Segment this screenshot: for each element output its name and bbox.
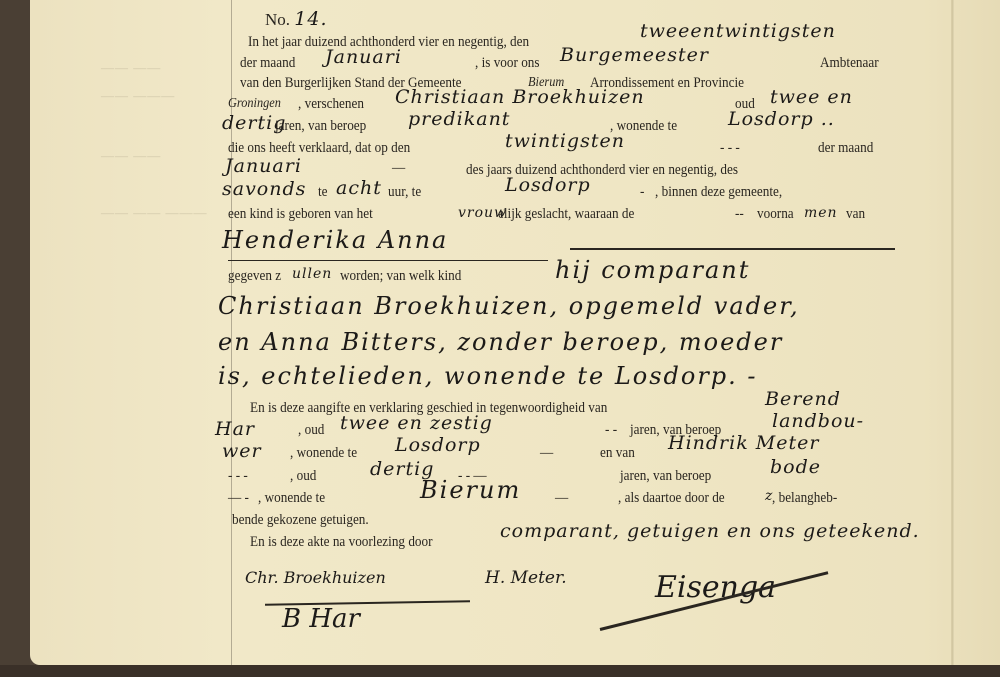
printed-kind-geboren: een kind is geboren van het xyxy=(228,206,373,223)
hw-birth-place: Losdorp xyxy=(505,174,591,196)
printed-uur-te: uur, te xyxy=(388,184,421,201)
printed-der-maand: der maand xyxy=(240,55,295,72)
printed-der-maand-2: der maand xyxy=(818,140,873,157)
bleed-through-text: —— —— xyxy=(100,148,160,164)
hw-witness2-prefix-fill: - - - xyxy=(228,468,248,485)
bleed-through-text: ——— —— —— xyxy=(100,205,207,221)
hw-time-of-day: savonds xyxy=(222,178,306,200)
hw-signing-statement: comparant, getuigen en ons geteekend. xyxy=(500,520,920,542)
page-shadow xyxy=(0,665,1000,677)
printed-te: te xyxy=(318,184,328,201)
hw-parent-line-4: is, echtelieden, wonende te Losdorp. - xyxy=(218,362,758,390)
printed-voorna: voorna xyxy=(757,206,794,223)
bleed-through-text: ——— —— xyxy=(100,88,174,104)
hw-witness1-name-1: Berend xyxy=(765,388,841,410)
hw-witness1-name-2: Har xyxy=(215,418,255,440)
hw-month: Januari xyxy=(325,46,402,68)
record-number-value: 14. xyxy=(294,8,327,30)
printed-welk-kind: worden; van welk kind xyxy=(340,268,461,285)
hw-witness1-age: twee en zestig xyxy=(340,412,493,434)
printed-ambtenaar: Ambtenaar xyxy=(820,55,879,72)
printed-province: Groningen xyxy=(228,96,281,112)
signature-declarant: Chr. Broekhuizen xyxy=(245,568,386,587)
hw-de-fill: -- xyxy=(735,206,744,223)
hw-birth-day-fill: - - - xyxy=(720,140,740,157)
hw-zullen-suffix: ullen xyxy=(292,266,332,282)
hw-witness1-age-fill: - - xyxy=(605,422,617,439)
hw-day: tweeentwintigsten xyxy=(640,20,836,42)
hw-birth-month: Januari xyxy=(225,155,302,177)
hw-parent-line-3: en Anna Bitters, zonder beroep, moeder xyxy=(218,328,783,356)
name-underline xyxy=(228,260,548,261)
printed-wonende-te-w1: , wonende te xyxy=(290,445,357,462)
name-fill-line xyxy=(570,248,895,250)
printed-geslacht: elijk geslacht, waaraan de xyxy=(498,206,634,223)
record-number-label: No. xyxy=(265,10,290,29)
hw-name-suffix: men xyxy=(804,205,838,221)
printed-en-van: en van xyxy=(600,445,635,462)
printed-wonende-te-w2: , wonende te xyxy=(258,490,325,507)
binding-edge xyxy=(0,0,30,677)
hw-witness2-prefix2-fill: — - xyxy=(228,490,249,507)
hw-witness2-residence: Bierum xyxy=(420,476,521,504)
printed-oud-w2: , oud xyxy=(290,468,316,485)
printed-gegeven: gegeven z xyxy=(228,268,281,285)
printed-akte-voorlezing: En is deze akte na voorlezing door xyxy=(250,534,433,551)
hw-child-name: Henderika Anna xyxy=(222,226,448,254)
hw-official: Burgemeester xyxy=(560,44,709,66)
hw-birth-place-fill: - xyxy=(640,184,644,201)
hw-witness2-occupation: bode xyxy=(770,456,821,478)
printed-van: van xyxy=(846,206,865,223)
hw-witness2-residence-fill: — xyxy=(555,490,568,507)
printed-jaren-beroep: jaren, van beroep xyxy=(275,118,366,135)
hw-parent-line-2: Christiaan Broekhuizen, opgemeld vader, xyxy=(218,292,800,320)
hw-declarant-age-1: twee en xyxy=(770,86,853,108)
printed-binnen-gemeente: , binnen deze gemeente, xyxy=(655,184,782,201)
hw-witness1-residence-fill: — xyxy=(540,445,553,462)
bleed-through-text: —— —— xyxy=(100,60,160,76)
signature-witness1: B Har xyxy=(282,604,360,634)
printed-als-daartoe: , als daartoe door de xyxy=(618,490,725,507)
printed-oud-w1: , oud xyxy=(298,422,324,439)
hw-witness1-occupation-2: wer xyxy=(222,440,262,462)
hw-witness2-name: Hindrik Meter xyxy=(668,432,819,454)
printed-getuigen: bende gekozene getuigen. xyxy=(232,512,369,529)
page-fold xyxy=(951,0,954,665)
hw-parent-line-1: hij comparant xyxy=(555,256,750,284)
hw-witness1-residence: Losdorp xyxy=(395,434,481,456)
printed-jaren-beroep-w2: jaren, van beroep xyxy=(620,468,711,485)
printed-voor-ons: , is voor ons xyxy=(475,55,540,72)
hw-witness1-occupation-1: landbou- xyxy=(772,410,864,432)
signature-witness2: H. Meter. xyxy=(485,568,567,588)
hw-birth-day: twintigsten xyxy=(505,130,625,152)
hw-hour: acht xyxy=(336,177,382,199)
hw-birth-month-fill: — xyxy=(392,160,405,177)
hw-declarant: Christiaan Broekhuizen xyxy=(395,86,645,108)
hw-declarant-residence: Losdorp .. xyxy=(728,108,835,130)
hw-declarant-occupation: predikant xyxy=(408,108,510,130)
printed-verschenen: , verschenen xyxy=(298,96,364,113)
record-number: No. 14. xyxy=(265,8,328,30)
printed-belangheb: , belangheb- xyxy=(772,490,837,507)
